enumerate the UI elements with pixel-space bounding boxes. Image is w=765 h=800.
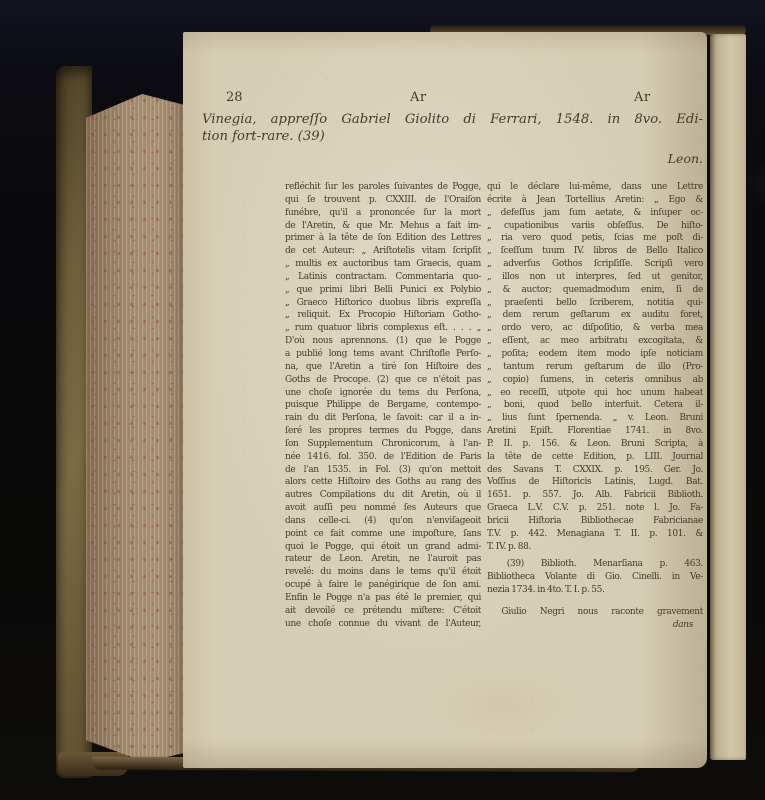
body-text-line: refléchit ſur les paroles ſuivantes de P… [285, 181, 481, 194]
body-text-line: „ cupationibus variis obſeſſus. De hiſto… [487, 220, 703, 233]
body-text-line: ait devoilé ce prétendu miſtere: C'étoit [285, 605, 481, 618]
body-text-line: des Savans T. CXXIX. p. 195. Ger. Jo. [487, 464, 703, 477]
page-number: 28 [226, 90, 243, 105]
body-text-line: „ lius ſunt ſpernenda. „ v. Leon. Bruni [487, 412, 703, 425]
body-text-line: de cet Auteur: „ Ariſtotelis vitam ſcrip… [285, 245, 481, 258]
body-text-line: „ eſſent, ac meo arbitratu excogitata, & [487, 335, 703, 348]
facing-page-edge [710, 34, 746, 760]
body-text-line: „ praeſenti bello ſcriberem, notitia qui… [487, 297, 703, 310]
body-text-line: T.V. p. 442. Menagiana T. II. p. 101. & [487, 528, 703, 541]
body-text-line: „ adverſus Gothos ſcripſiſſe. Scripſi ve… [487, 258, 703, 271]
body-text-line: D'où nous aprennons. (1) que le Pogge [285, 335, 481, 348]
body-text-line: puisque Philippe de Bergame, contempo- [285, 399, 481, 412]
body-text-line: qui le déclare lui-même, dans une Lettre [487, 181, 703, 194]
footnote-block: (39) Biblioth. Menarſiana p. 463. Biblio… [487, 558, 703, 597]
body-text-line: bricii Hiſtoria Bibliothecae Fabricianae [487, 515, 703, 528]
edition-title-line: Vinegia, appreſſo Gabriel Giolito di Fer… [202, 112, 703, 129]
body-text-line: „ illos non ut interpres, ſed ut genitor… [487, 271, 703, 284]
body-text-line: dans celle-ci. (4) qu'on n'enviſageoit [285, 515, 481, 528]
body-text-line: „ & auctor; quemadmodum enim, ſi de [487, 284, 703, 297]
body-text-line: „ que primi libri Belli Punici ex Polybi… [285, 284, 481, 297]
body-text-line: la tête de cette Edition, p. LIII. Journ… [487, 451, 703, 464]
body-text-line: née 1416. fol. 350. de l'Edition de Pari… [285, 451, 481, 464]
body-text-line: funébre, qu'il a prononcée ſur la mort [285, 207, 481, 220]
body-text-line: qui ſe trouvent p. CXXIII. de l'Oraiſon [285, 194, 481, 207]
footnote-line: nezia 1734. in 4to. T. I. p. 55. [487, 584, 703, 597]
text-column-right: qui le déclare lui-même, dans une Lettre… [487, 181, 703, 632]
body-text-line: point ce fait comme une impoſture, ſans [285, 528, 481, 541]
body-text-line: a publié long tems avant Chriſtofle Perſ… [285, 348, 481, 361]
body-text-line: „ rum quatuor libris complexus eſt. . . … [285, 322, 481, 335]
book-fore-edge-pages [86, 92, 188, 762]
body-text-line: „ ſceſſum tuum IV. libros de Bello Itali… [487, 245, 703, 258]
body-text-line: „ ria vero quod petis, ſcias me poſt di- [487, 232, 703, 245]
edition-title: Vinegia, appreſſo Gabriel Giolito di Fer… [202, 112, 703, 145]
body-text-line: ocupé à faire le panégirique de ſon ami. [285, 579, 481, 592]
body-text-line: P. II. p. 156. & Leon. Bruni Scripta, à [487, 438, 703, 451]
body-text-line: Voſſius de Hiſtoricis Latinis, Lugd. Bat… [487, 476, 703, 489]
body-text-line: ſon Supplementum Chronicorum, à l'an- [285, 438, 481, 451]
body-text-line: rateur de Leon. Aretin, ne l'auroit pas [285, 553, 481, 566]
body-text-line: une choſe connue du vivant de l'Auteur, [285, 618, 481, 631]
printed-page-content: 28 Ar Ar Vinegia, appreſſo Gabriel Gioli… [183, 32, 707, 768]
body-text-line: „ dem rerum geſtarum ex auditu foret, [487, 309, 703, 322]
body-text-line: Aretini Epiſt. Florentiae 1741. in 8vo. [487, 425, 703, 438]
body-text-line: „ reliquit. Ex Procopio Hiſtoriam Gotho- [285, 309, 481, 322]
body-text-line: „ boni, quod bello interfuit. Cetera il- [487, 399, 703, 412]
body-text-line: avoit auſſi peu nommé ſes Auteurs que [285, 502, 481, 515]
body-text-line: „ tantum rerum geſtarum de illo (Pro- [487, 361, 703, 374]
book-scan: 28 Ar Ar Vinegia, appreſſo Gabriel Gioli… [0, 0, 765, 800]
footnote-line: (39) Biblioth. Menarſiana p. 463. [487, 558, 703, 571]
body-text-line: une choſe ignorée du tems du Perſona, [285, 387, 481, 400]
page-stain [743, 152, 765, 212]
body-text-line: Goths de Procope. (2) que ce n'étoit pas [285, 374, 481, 387]
catchword: dans [487, 619, 703, 632]
running-head-left: Ar [410, 90, 427, 105]
body-text-line: „ Latinis contractam. Commentaria quo- [285, 271, 481, 284]
body-text-line: „ copio) ſumens, in ceteris omnibus ab [487, 374, 703, 387]
body-text-line: „ defeſſus jam ſum aetate, & inſuper oc- [487, 207, 703, 220]
body-text-line: ſeré les propres termes du Pogge, dans [285, 425, 481, 438]
body-text-line: autres Compilations du dit Aretin, où il [285, 489, 481, 502]
body-text-line: T. IV. p. 88. [487, 541, 703, 554]
body-text-line: de l'Aretin, & que Mr. Mehus a fait im- [285, 220, 481, 233]
body-text-line: na, que l'Aretin a tiré ſon Hiſtoire des [285, 361, 481, 374]
body-text-line: de l'an 1535. in Fol. (3) qu'on mettoit [285, 464, 481, 477]
body-text-line: primer à la tête de ſon Edition des Lett… [285, 232, 481, 245]
body-text-line: écrite à Jean Tortellius Aretin: „ Ego & [487, 194, 703, 207]
body-text-line: revelé: du moins dans le tems qu'il étoi… [285, 566, 481, 579]
body-text-line: „ multis ex auctoribus tam Graecis, quam [285, 258, 481, 271]
closing-paragraph: Giulio Negri nous raconte gravement dans [487, 606, 703, 632]
body-text-line: „ eo receſſi, utpote qui hoc unum habeat [487, 387, 703, 400]
body-text-line: „ Graeco Hiſtorico duobus libris expreſſ… [285, 297, 481, 310]
running-head-right: Ar [634, 90, 651, 105]
body-text-line: Graeca L.V. C.V. p. 251. note l. Jo. Fa- [487, 502, 703, 515]
book-page: 28 Ar Ar Vinegia, appreſſo Gabriel Gioli… [183, 32, 707, 768]
text-column-left: refléchit ſur les paroles ſuivantes de P… [285, 181, 481, 631]
body-text-line: Enfin le Pogge n'a pas été le premier, q… [285, 592, 481, 605]
body-text-line: alors cette Hiſtoire des Goths au rang d… [285, 476, 481, 489]
body-text-line: Giulio Negri nous raconte gravement [487, 606, 703, 619]
body-text-line: quoi le Pogge, qui étoit un grand admi- [285, 541, 481, 554]
running-header: 28 Ar Ar [202, 90, 703, 108]
body-text-line: 1651. p. 557. Jo. Alb. Fabricii Biblioth… [487, 489, 703, 502]
body-text-line: „ ordo vero, ac diſpoſitio, & verba mea [487, 322, 703, 335]
section-catchword: Leon. [202, 151, 703, 166]
edition-title-line: tion fort-rare. (39) [202, 129, 703, 146]
body-text-line: rain du dit Perſona, le ſavoit: car il a… [285, 412, 481, 425]
footnote-line: Bibliotheca Volante di Gio. Cinelli. in … [487, 571, 703, 584]
body-text-line: „ poſita; eodem item modo ipſe noticiam [487, 348, 703, 361]
